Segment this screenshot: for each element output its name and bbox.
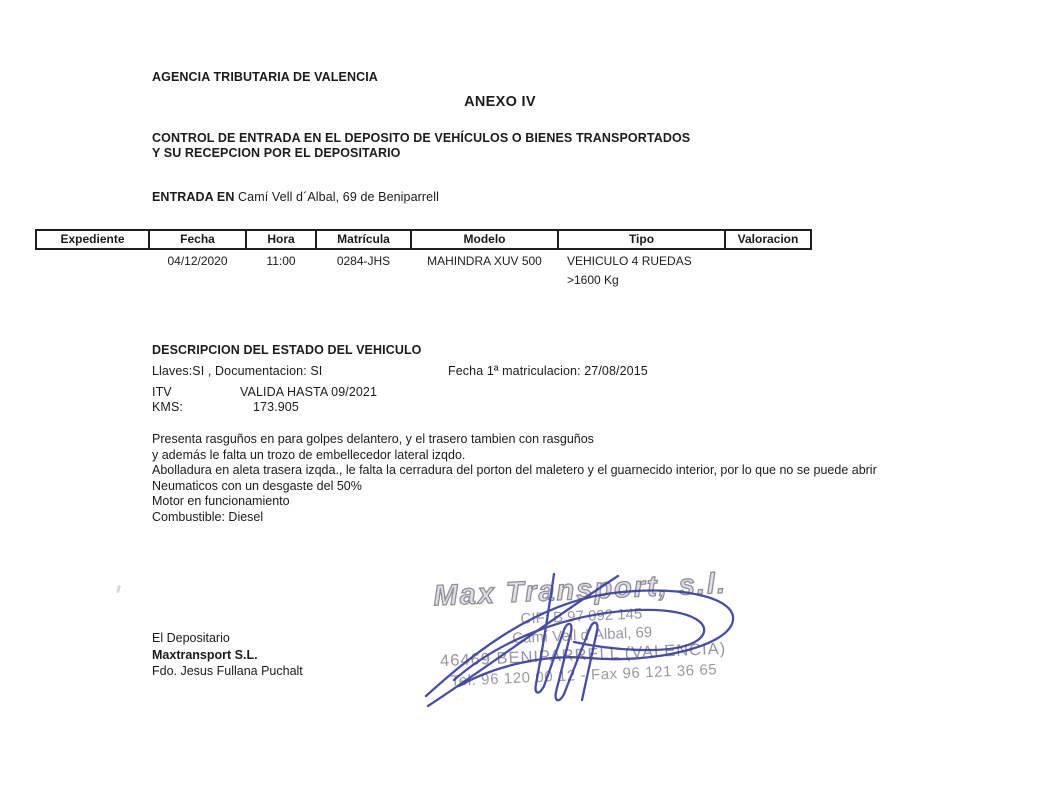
depositario-company: Maxtransport S.L. bbox=[152, 647, 303, 664]
depositario-signer: Fdo. Jesus Fullana Puchalt bbox=[152, 663, 303, 680]
description-line: y además le falta un trozo de embelleced… bbox=[152, 448, 1032, 464]
depositario-block: El Depositario Maxtransport S.L. Fdo. Je… bbox=[152, 630, 303, 680]
handwritten-signature bbox=[402, 566, 754, 722]
entrada-value: Camí Vell d´Albal, 69 de Beniparrell bbox=[234, 190, 439, 204]
stamp-city: 46469 BENIPARRELL (VALENCIA) bbox=[409, 637, 758, 673]
annex-title: ANEXO IV bbox=[300, 94, 700, 110]
cell-tipo-line1: VEHICULO 4 RUEDAS bbox=[567, 254, 725, 268]
depositario-title: El Depositario bbox=[152, 630, 303, 647]
kms-label: KMS: bbox=[152, 400, 183, 414]
stamp-address: Camí Vell d´Albal, 69 bbox=[408, 618, 756, 652]
cell-tipo: VEHICULO 4 RUEDAS >1600 Kg bbox=[558, 249, 725, 287]
scan-artifact bbox=[116, 585, 121, 593]
condition-description: Presenta rasguños en para golpes delante… bbox=[152, 432, 1032, 526]
stamp-cif: CIF: B 97 092 145 bbox=[407, 599, 755, 633]
entrada-line: ENTRADA EN Camí Vell d´Albal, 69 de Beni… bbox=[152, 190, 439, 204]
description-line: Abolladura en aleta trasera izqda., le f… bbox=[152, 463, 1032, 479]
col-header-hora: Hora bbox=[246, 230, 316, 249]
kms-value: 173.905 bbox=[253, 400, 299, 414]
table-header-row: Expediente Fecha Hora Matrícula Modelo T… bbox=[36, 230, 811, 249]
cell-fecha: 04/12/2020 bbox=[149, 249, 246, 287]
table-row: 04/12/2020 11:00 0284-JHS MAHINDRA XUV 5… bbox=[36, 249, 811, 287]
control-title-line2: Y SU RECEPCION POR EL DEPOSITARIO bbox=[152, 146, 400, 160]
cell-valoracion bbox=[725, 249, 811, 287]
col-header-fecha: Fecha bbox=[149, 230, 246, 249]
col-header-modelo: Modelo bbox=[411, 230, 558, 249]
fecha-matriculacion: Fecha 1ª matriculacion: 27/08/2015 bbox=[448, 364, 648, 378]
col-header-matricula: Matrícula bbox=[316, 230, 411, 249]
cell-matricula: 0284-JHS bbox=[316, 249, 411, 287]
col-header-expediente: Expediente bbox=[36, 230, 149, 249]
col-header-tipo: Tipo bbox=[558, 230, 725, 249]
vehicle-entry-table: Expediente Fecha Hora Matrícula Modelo T… bbox=[35, 229, 812, 287]
control-title-line1: CONTROL DE ENTRADA EN EL DEPOSITO DE VEH… bbox=[152, 131, 690, 145]
llaves-documentacion: Llaves:SI , Documentacion: SI bbox=[152, 364, 322, 378]
cell-hora: 11:00 bbox=[246, 249, 316, 287]
itv-label: ITV bbox=[152, 385, 172, 399]
description-line: Presenta rasguños en para golpes delante… bbox=[152, 432, 1032, 448]
cell-tipo-line2: >1600 Kg bbox=[567, 273, 725, 287]
cell-expediente bbox=[36, 249, 149, 287]
description-line: Motor en funcionamiento bbox=[152, 494, 1032, 510]
scanned-document-page: AGENCIA TRIBUTARIA DE VALENCIA ANEXO IV … bbox=[0, 0, 1050, 806]
stamp-company-name: Max Transport, s.l. bbox=[406, 566, 755, 614]
description-line: Combustible: Diesel bbox=[152, 510, 1032, 526]
agency-title: AGENCIA TRIBUTARIA DE VALENCIA bbox=[152, 70, 378, 84]
cell-modelo: MAHINDRA XUV 500 bbox=[411, 249, 558, 287]
description-line: Neumaticos con un desgaste del 50% bbox=[152, 479, 1032, 495]
itv-value: VALIDA HASTA 09/2021 bbox=[240, 385, 377, 399]
estado-section-title: DESCRIPCION DEL ESTADO DEL VEHICULO bbox=[152, 343, 422, 357]
entrada-label: ENTRADA EN bbox=[152, 190, 234, 204]
col-header-valoracion: Valoracion bbox=[725, 230, 811, 249]
company-stamp: Max Transport, s.l. CIF: B 97 092 145 Ca… bbox=[406, 566, 759, 693]
stamp-phone: Tel. 96 120 00 12 - Fax 96 121 36 65 bbox=[410, 658, 759, 693]
